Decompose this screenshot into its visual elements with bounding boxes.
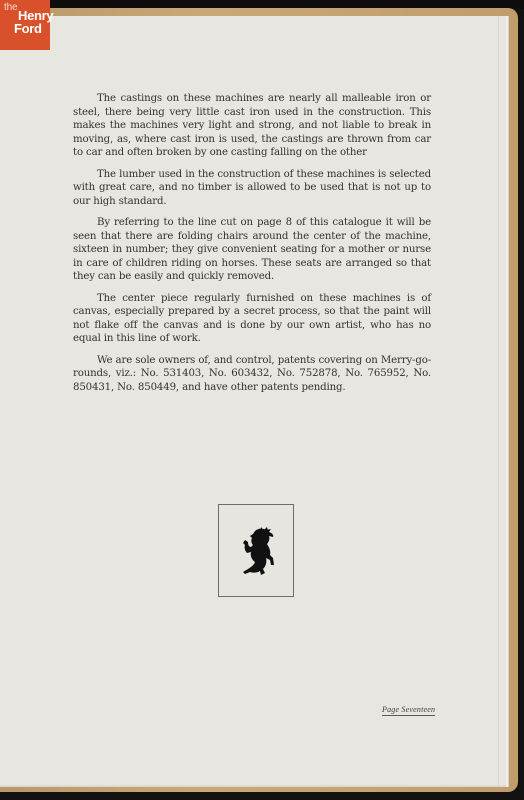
paragraph-center-piece: The center piece regularly furnished on …	[73, 292, 431, 346]
horse-emblem-frame	[218, 504, 294, 597]
page-number-label: Page Seventeen	[382, 705, 435, 716]
body-text: The castings on these machines are nearl…	[73, 92, 431, 402]
logo-ford: Ford	[14, 22, 50, 35]
rearing-horse-icon	[233, 525, 279, 579]
paragraph-lumber: The lumber used in the construction of t…	[73, 168, 431, 209]
paragraph-castings: The castings on these machines are nearl…	[73, 92, 431, 160]
henry-ford-logo: the Henry Ford	[0, 0, 50, 50]
scanned-page-view: the Henry Ford The castings on these mac…	[0, 0, 524, 800]
page-edge-line	[498, 16, 499, 787]
paragraph-folding-chairs: By referring to the line cut on page 8 o…	[73, 216, 431, 284]
paragraph-patents: We are sole owners of, and control, pate…	[73, 354, 431, 395]
